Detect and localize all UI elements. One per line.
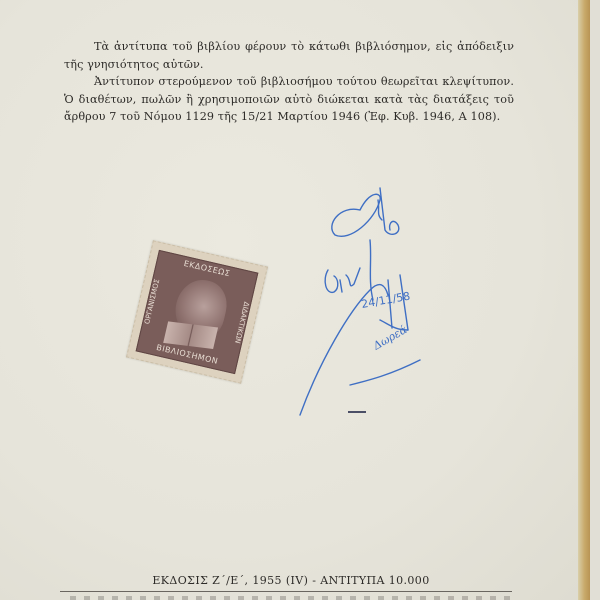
notice-paragraph-authenticity: Τὰ ἀντίτυπα τοῦ βιβλίου φέρουν τὸ κάτωθι… — [64, 38, 514, 73]
handwritten-signature: 24/11/58 Δωρεά — [290, 180, 460, 420]
edition-line: ΕΚΔΟΣΙΣ Ζ΄/Ε΄, 1955 (IV) - ΑΝΤΙΤΥΠΑ 10.0… — [0, 574, 582, 587]
book-revenue-stamp: ΕΚΔΟΣΕΩΣ ΟΡΓΑΝΙΣΜΟΣ ΔΙΔΑΚΤΙΚΩΝ ΒΙΒΛΙΟΣΗΜ… — [126, 240, 268, 383]
background-edge — [590, 0, 600, 600]
stamp-right-text: ΔΙΔΑΚΤΙΚΩΝ — [224, 284, 254, 359]
copyright-notice: Τὰ ἀντίτυπα τοῦ βιβλίου φέρουν τὸ κάτωθι… — [64, 38, 514, 126]
footer-rule — [60, 591, 512, 592]
notice-paragraph-piracy: Ἀντίτυπον στερούμενον τοῦ βιβλιοσήμου το… — [64, 73, 514, 126]
stamp-face: ΕΚΔΟΣΕΩΣ ΟΡΓΑΝΙΣΜΟΣ ΔΙΔΑΚΤΙΚΩΝ ΒΙΒΛΙΟΣΗΜ… — [136, 250, 259, 374]
cut-off-text-line — [70, 596, 510, 600]
handwritten-word: Δωρεά — [370, 323, 410, 353]
book-page: Τὰ ἀντίτυπα τοῦ βιβλίου φέρουν τὸ κάτωθι… — [0, 0, 582, 600]
